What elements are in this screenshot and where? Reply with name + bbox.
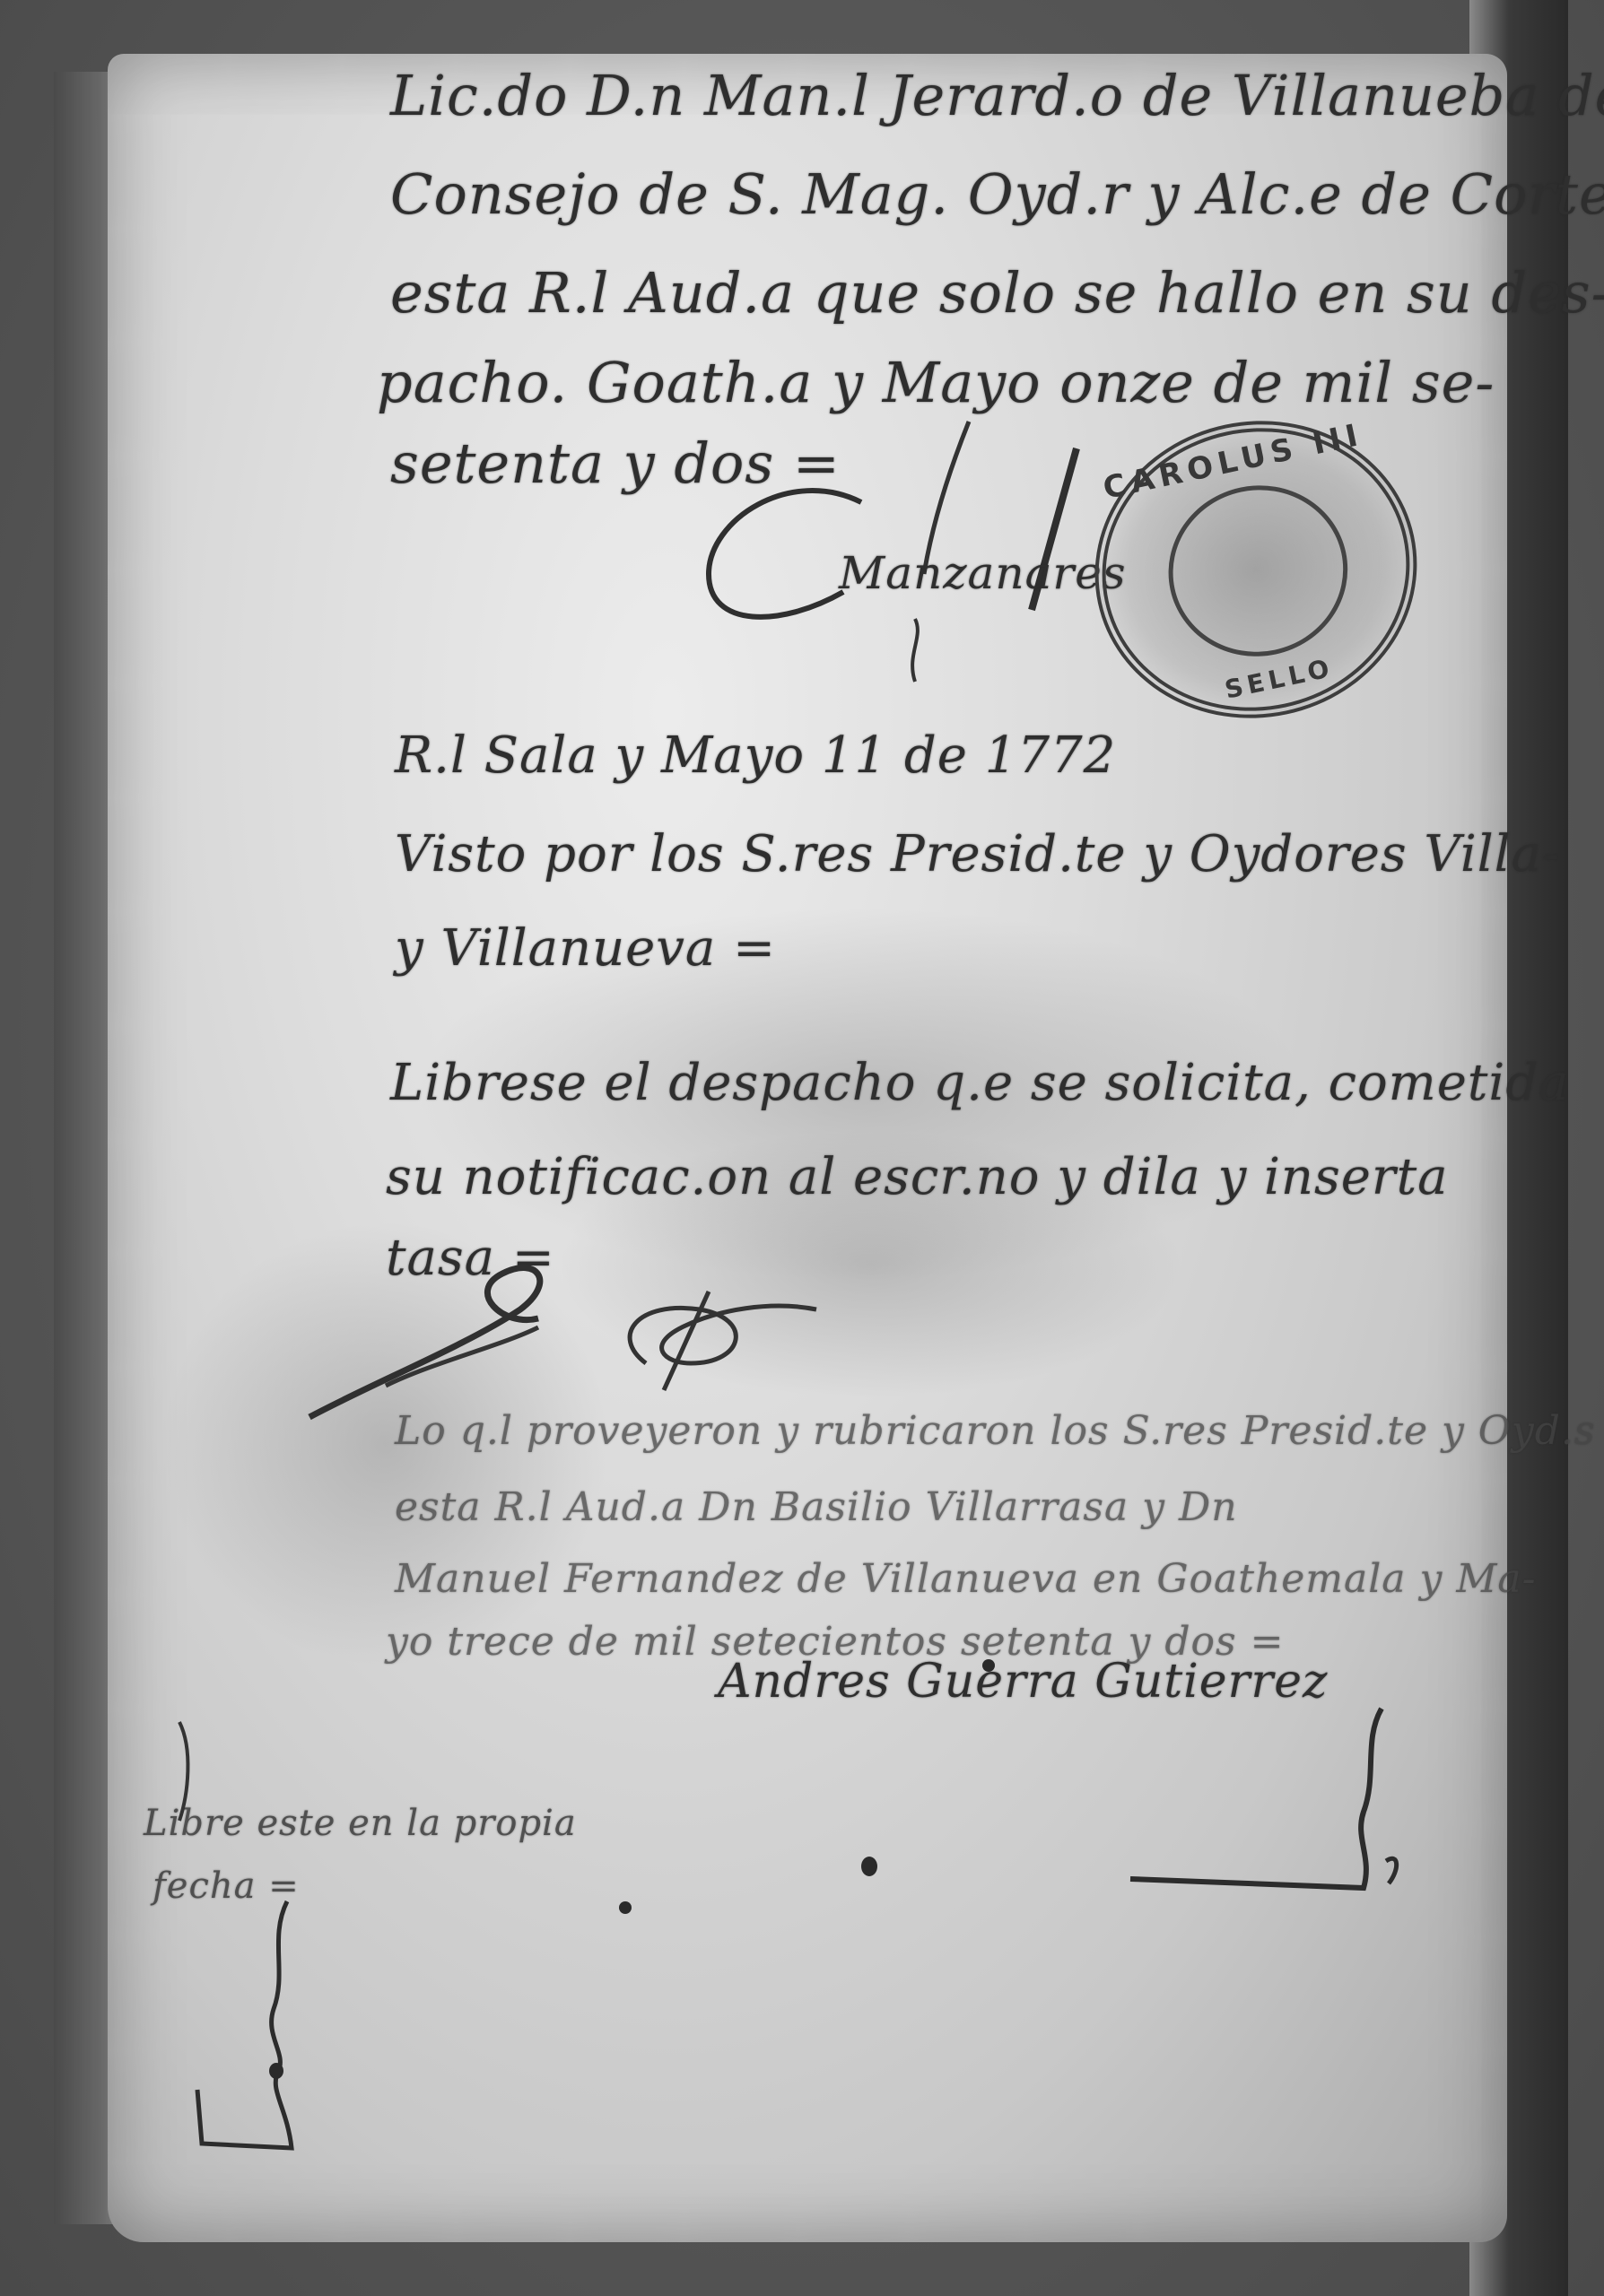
- manuscript-scan: Lic.do D.n Man.l Jerard.o de Villanueba …: [0, 0, 1604, 2296]
- ink-blot: [269, 2063, 283, 2079]
- margin-rubric-icon: [0, 0, 1604, 2296]
- ink-blot: [982, 1659, 995, 1672]
- ink-blot: [619, 1901, 632, 1914]
- ink-blot: [861, 1857, 877, 1876]
